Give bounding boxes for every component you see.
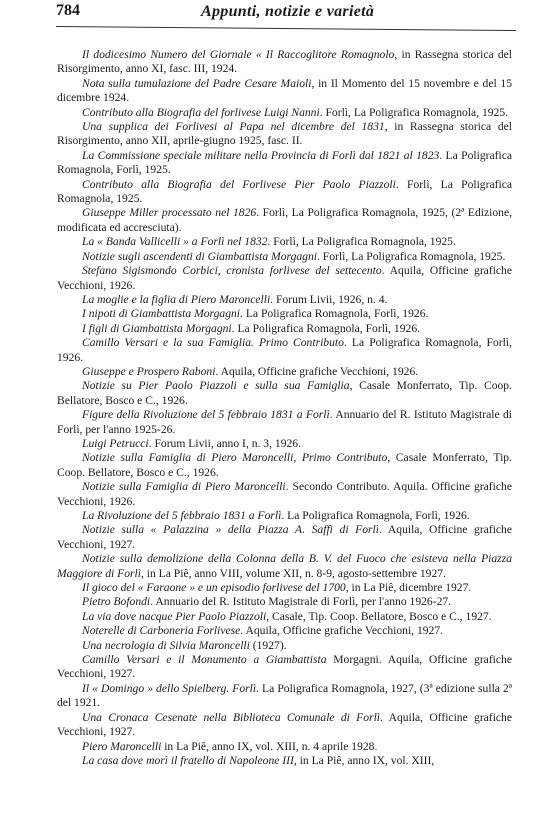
bibliography-entry: Piero Maroncelli in La Piê, anno IX, vol… xyxy=(57,740,512,754)
bibliography-entry: La casa dove morì il fratello di Napoleo… xyxy=(57,754,512,768)
entry-title: I figli di Giambattista Morgagni xyxy=(82,322,232,335)
bibliography-entry: Nota sulla tumulazione del Padre Cesare … xyxy=(57,77,512,106)
entry-publication: , in La Piê, anno IX, vol. XIII, xyxy=(294,754,434,767)
bibliography-entry: Notizie sulla « Palazzina » della Piazza… xyxy=(57,523,512,552)
page-number: 784 xyxy=(56,2,80,20)
bibliography-entry: I nipoti di Giambattista Morgagni. La Po… xyxy=(57,307,512,321)
entry-publication: . Forlì, La Poligrafica Romagnola, 1925. xyxy=(268,235,456,248)
entry-title: Contributo alla Biografia del Forlivese … xyxy=(82,178,396,191)
entry-title: Nota sulla tumulazione del Padre Cesare … xyxy=(82,77,311,90)
entry-title: Giuseppe Miller processato nel 1826 xyxy=(82,206,256,219)
bibliography-entry: Una necrologia di Silvia Maroncelli (192… xyxy=(57,639,512,653)
entry-title: Giuseppe e Prospero Raboni xyxy=(82,365,215,378)
entry-title: Camillo Versari e la sua Famiglia. Primo… xyxy=(82,336,344,349)
bibliography-entry: Luigi Petrucci. Forum Livii, anno I, n. … xyxy=(57,437,512,451)
bibliography-entry: Pietro Bofondi. Annuario del R. Istituto… xyxy=(57,595,512,609)
running-header: 784 Appunti, notizie e varietà xyxy=(56,2,513,28)
entry-publication: . Forum Livii, 1926, n. 4. xyxy=(270,293,387,306)
entry-title: La via dove nacque Pier Paolo Piazzoli xyxy=(82,610,266,623)
entry-title: Una supplica dei Forlivesi al Papa nel d… xyxy=(82,120,385,133)
bibliography-entry: La « Banda Vallicelli » a Forlì nel 1832… xyxy=(57,235,512,249)
entry-title: Il dodicesimo Numero del Giornale « Il R… xyxy=(82,48,394,61)
running-title: Appunti, notizie e varietà xyxy=(201,3,374,21)
bibliography-entry: Stefano Sigismondo Corbici, cronista for… xyxy=(57,264,512,293)
entry-title: Notizie su Pier Paolo Piazzoli e sulla s… xyxy=(82,379,350,392)
bibliography-entry: Camillo Versari e il Monumento a Giambat… xyxy=(57,653,512,682)
entry-publication: . Aquila, Officine grafiche Vecchioni, 1… xyxy=(240,624,443,637)
bibliography-entry: Giuseppe e Prospero Raboni. Aquila, Offi… xyxy=(57,365,512,379)
bibliography-entry: Notizie sulla Famiglia di Piero Maroncel… xyxy=(57,451,512,480)
bibliography-entry: La Rivoluzione del 5 febbraio 1831 a For… xyxy=(57,509,512,523)
entry-title: La moglie e la figlia di Piero Maroncell… xyxy=(82,293,270,306)
entry-title: Una Cronaca Cesenate nella Biblioteca Co… xyxy=(82,711,380,724)
entry-publication: . Annuario del R. Istituto Magistrale di… xyxy=(150,595,451,608)
entry-title: Pietro Bofondi xyxy=(82,595,150,608)
entry-publication: . La Poligrafica Romagnola, Forlì, 1926. xyxy=(281,509,469,522)
entry-publication: . Forum Livii, anno I, n. 3, 1926. xyxy=(149,437,301,450)
entry-publication: . Aquila, Officine grafiche Vecchioni, 1… xyxy=(215,365,418,378)
bibliography-entry: Camillo Versari e la sua Famiglia. Primo… xyxy=(57,336,512,365)
bibliography-entry: La Commissione speciale militare nella P… xyxy=(57,149,512,178)
entry-publication: . Forlì, La Poligrafica Romagnola, 1925. xyxy=(317,250,505,263)
entry-publication: . La Poligrafica Romagnola, Forlì, 1926. xyxy=(240,307,428,320)
entry-title: Notizie sulla Famiglia di Piero Maroncel… xyxy=(82,480,286,493)
bibliography-entry: Figure della Rivoluzione del 5 febbraio … xyxy=(57,408,512,437)
entry-title: Notizie sugli ascendenti di Giambattista… xyxy=(82,250,317,263)
entry-title: Stefano Sigismondo Corbici, cronista for… xyxy=(82,264,382,277)
entry-title: La « Banda Vallicelli » a Forlì nel 1832 xyxy=(82,235,268,248)
bibliography-entry: Notizie sulla Famiglia di Piero Maroncel… xyxy=(57,480,512,509)
entry-publication: . La Poligrafica Romagnola, Forlì, 1926. xyxy=(232,322,420,335)
entry-title: Camillo Versari e il Monumento a Giambat… xyxy=(82,653,327,666)
entry-title: Notizie sulla Famiglia di Piero Maroncel… xyxy=(82,451,387,464)
bibliography-entry: I figli di Giambattista Morgagni. La Pol… xyxy=(57,322,512,336)
entry-title: Piero Maroncelli xyxy=(82,740,161,753)
bibliography-entry: La via dove nacque Pier Paolo Piazzoli, … xyxy=(57,610,512,624)
bibliography-entry: Una supplica dei Forlivesi al Papa nel d… xyxy=(57,120,512,149)
bibliography-entry: Contributo alla Biografia del Forlivese … xyxy=(57,178,512,207)
bibliography-entry: Notizie su Pier Paolo Piazzoli e sulla s… xyxy=(57,379,512,408)
entry-title: Notizie sulla « Palazzina » della Piazza… xyxy=(82,523,379,536)
bibliography-list: Il dodicesimo Numero del Giornale « Il R… xyxy=(57,48,512,768)
entry-title: Noterelle di Carboneria Forlivese xyxy=(82,624,240,637)
bibliography-entry: Il « Domingo » dello Spielberg. Forlì. L… xyxy=(57,682,512,711)
entry-title: La Commissione speciale militare nella P… xyxy=(82,149,439,162)
bibliography-entry: Noterelle di Carboneria Forlivese. Aquil… xyxy=(57,624,512,638)
entry-publication: (1927). xyxy=(250,639,287,652)
entry-title: Il « Domingo » dello Spielberg. Forlì xyxy=(82,682,256,695)
entry-title: Il gioco del « Faraone » e un episodio f… xyxy=(82,581,346,594)
bibliography-entry: Notizie sulla demolizione della Colonna … xyxy=(57,552,512,581)
entry-title: Contributo alla Biografia del forlivese … xyxy=(82,106,320,119)
entry-publication: in La Piê, anno IX, vol. XIII, n. 4 apri… xyxy=(161,740,377,753)
entry-title: Luigi Petrucci xyxy=(82,437,149,450)
bibliography-entry: Giuseppe Miller processato nel 1826. For… xyxy=(57,206,512,235)
entry-publication: , in La Piê, anno VIII, volume XII, n. 8… xyxy=(141,567,446,580)
entry-title: La casa dove morì il fratello di Napoleo… xyxy=(82,754,294,767)
bibliography-entry: La moglie e la figlia di Piero Maroncell… xyxy=(57,293,512,307)
entry-title: Una necrologia di Silvia Maroncelli xyxy=(82,639,250,652)
entry-publication: . Forlì, La Poligrafica Romagnola, 1925. xyxy=(320,106,508,119)
entry-title: I nipoti di Giambattista Morgagni xyxy=(82,307,240,320)
entry-title: La Rivoluzione del 5 febbraio 1831 a For… xyxy=(82,509,281,522)
bibliography-entry: Il dodicesimo Numero del Giornale « Il R… xyxy=(57,48,512,77)
entry-title: Figure della Rivoluzione del 5 febbraio … xyxy=(82,408,330,421)
bibliography-entry: Notizie sugli ascendenti di Giambattista… xyxy=(57,250,512,264)
bibliography-entry: Il gioco del « Faraone » e un episodio f… xyxy=(57,581,512,595)
bibliography-entry: Una Cronaca Cesenate nella Biblioteca Co… xyxy=(57,711,512,740)
entry-publication: , in La Piê, dicembre 1927. xyxy=(346,581,472,594)
bibliography-entry: Contributo alla Biografia del forlivese … xyxy=(57,106,512,120)
entry-publication: , Casale, Tip. Coop. Bellatore, Bosco e … xyxy=(266,610,491,623)
